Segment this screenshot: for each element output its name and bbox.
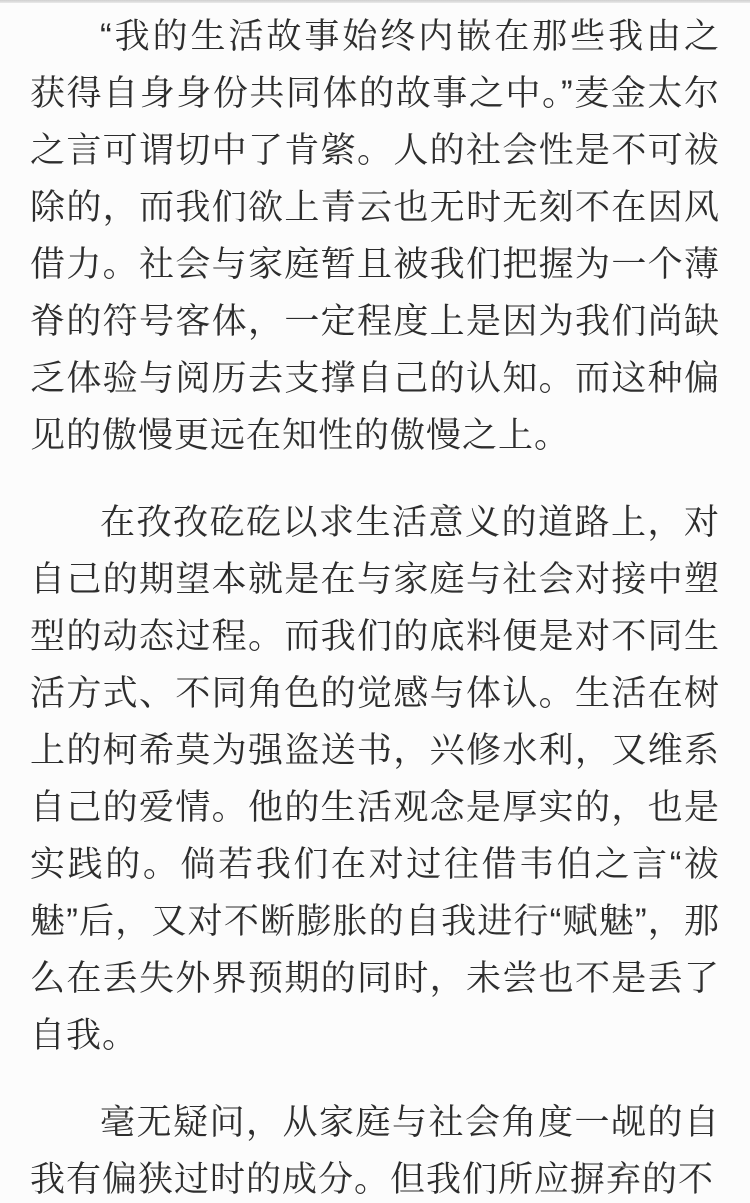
paragraph: 毫无疑问，从家庭与社会角度一觇的自我有偏狭过时的成分。但我们所应摒弃的不: [30, 1094, 720, 1203]
page-top-edge-divider: [0, 0, 750, 3]
article-page: “我的生活故事始终内嵌在那些我由之获得自身身份共同体的故事之中。”麦金太尔之言可…: [0, 0, 750, 1203]
paragraph: “我的生活故事始终内嵌在那些我由之获得自身身份共同体的故事之中。”麦金太尔之言可…: [30, 8, 720, 464]
essay-body: “我的生活故事始终内嵌在那些我由之获得自身身份共同体的故事之中。”麦金太尔之言可…: [30, 8, 720, 1203]
paragraph: 在孜孜矻矻以求生活意义的道路上，对自己的期望本就是在与家庭与社会对接中塑型的动态…: [30, 494, 720, 1064]
